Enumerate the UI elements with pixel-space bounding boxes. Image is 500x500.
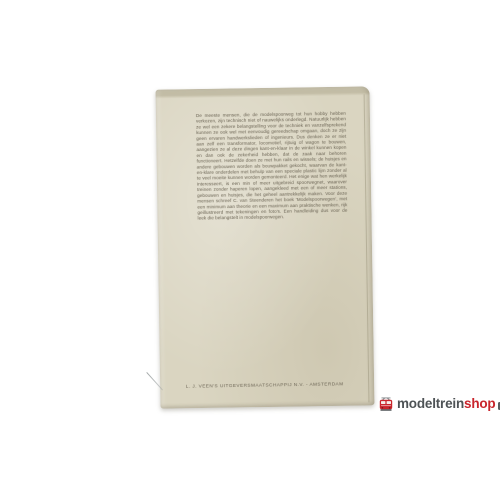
page-edge-line	[364, 94, 370, 402]
book-back-cover: De meeste mensen, die de modelspoorweg t…	[156, 86, 375, 408]
product-photo: De meeste mensen, die de modelspoorweg t…	[0, 0, 500, 500]
train-icon	[379, 397, 393, 412]
shop-name-prefix: modeltrein	[397, 396, 464, 411]
publisher-imprint: L. J. VEEN'S UITGEVERSMAATSCHAPPIJ N.V. …	[172, 381, 357, 389]
shop-watermark: modeltreinshop nl	[379, 396, 500, 412]
shop-name: modeltreinshop	[397, 397, 495, 411]
shop-name-suffix: shop	[464, 396, 495, 411]
back-cover-blurb: De meeste mensen, die de modelspoorweg t…	[196, 111, 348, 222]
